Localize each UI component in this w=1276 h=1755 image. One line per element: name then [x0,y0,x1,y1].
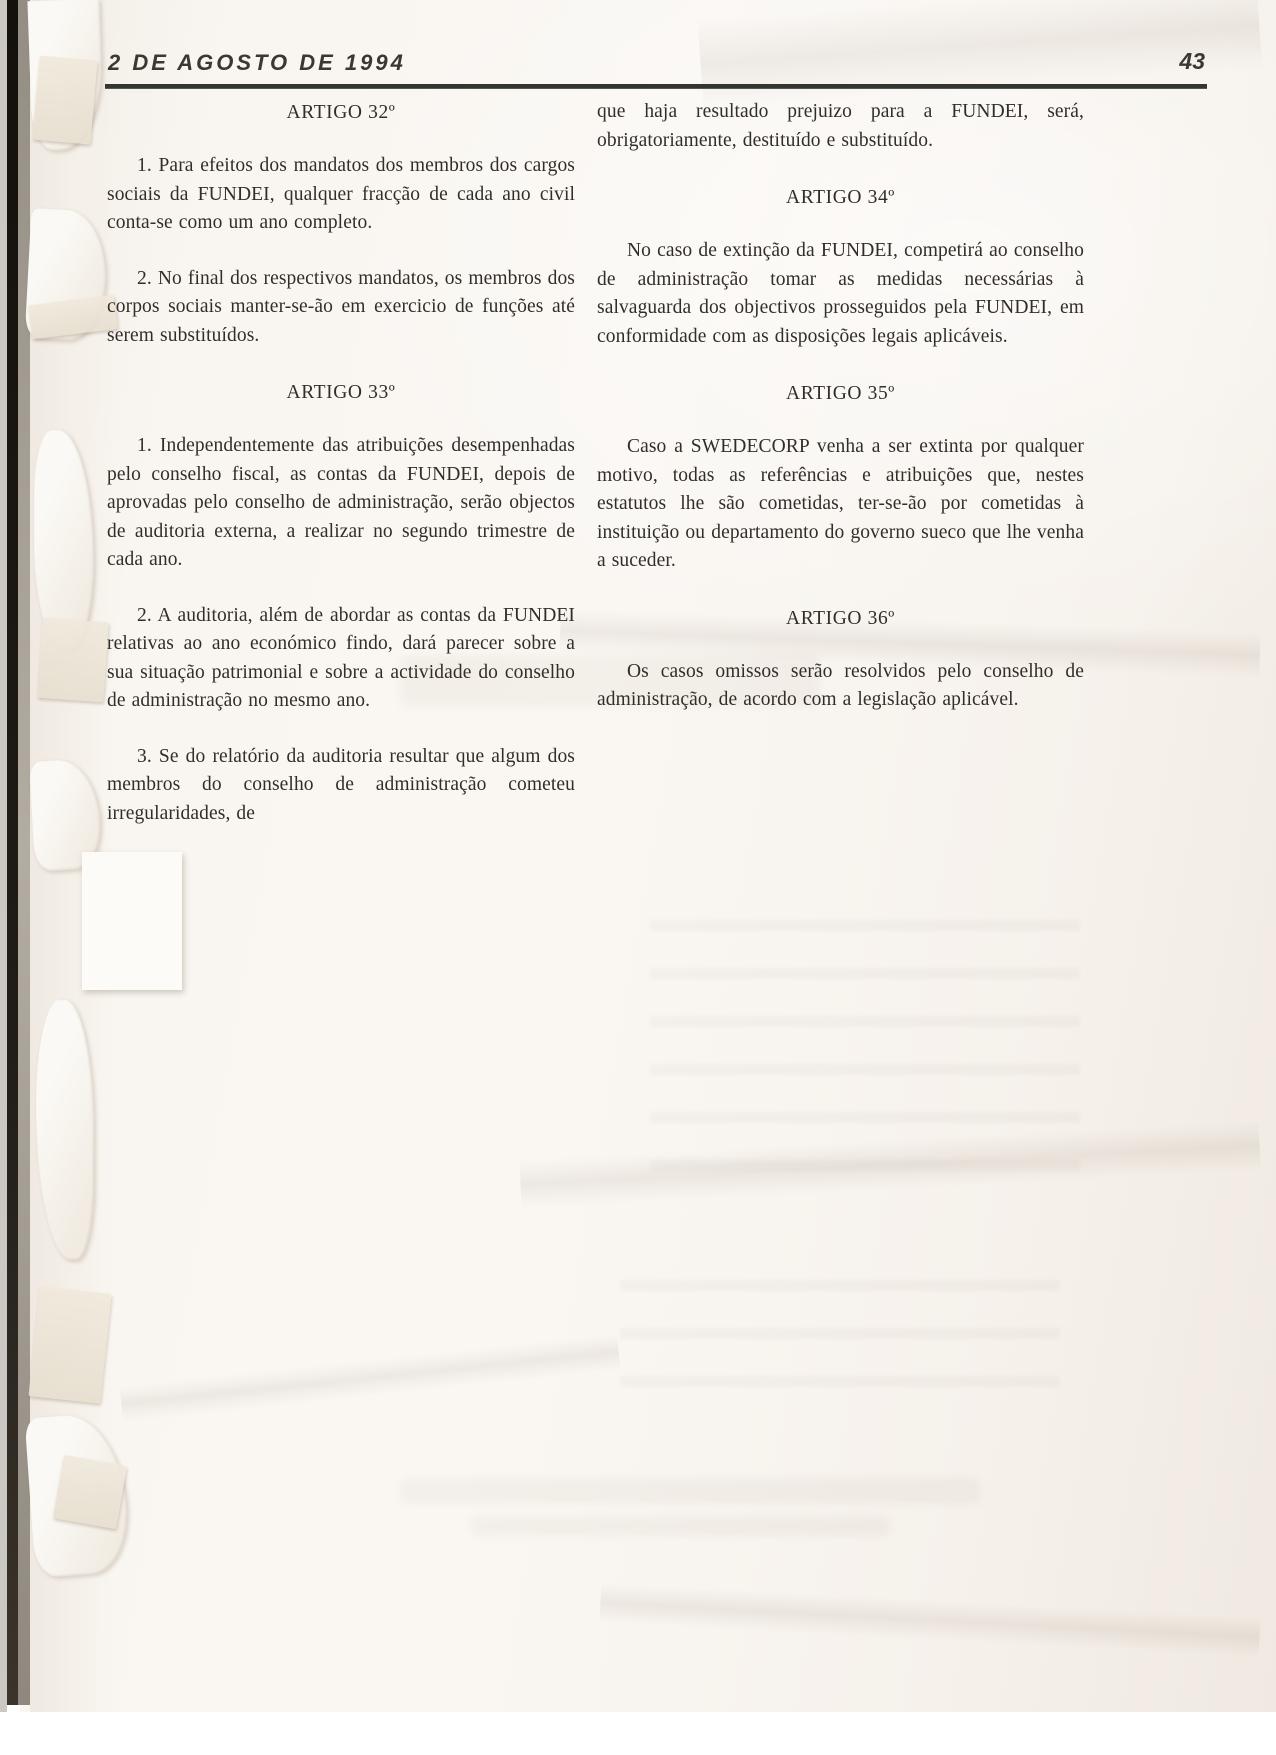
article-32-paragraph-2: 2. No final dos respectivos mandatos, os… [107,265,575,351]
article-36-paragraph: Os casos omissos serão resolvidos pelo c… [597,658,1084,715]
tape-artifact [53,1455,127,1529]
left-column: ARTIGO 32º 1. Para efeitos dos mandatos … [107,98,575,855]
article-heading-34: ARTIGO 34º [597,187,1084,209]
header-rule [105,84,1207,89]
header-date: 2 DE AGOSTO DE 1994 [108,50,406,76]
scanner-edge-strip [0,0,7,1712]
article-33-paragraph-2: 2. A auditoria, além de abordar as conta… [107,602,575,716]
right-column: que haja resultado prejuizo para a FUNDE… [597,98,1084,742]
tape-artifact [37,618,108,702]
scan-bottom-margin [0,1712,1276,1755]
article-33-paragraph-3: 3. Se do relatório da auditoria resultar… [107,743,575,829]
scanned-gazette-page: { "document": { "header": { "date": "2 D… [0,0,1276,1755]
article-34-paragraph: No caso de extinção da FUNDEI, competirá… [597,237,1084,351]
article-heading-35: ARTIGO 35º [597,383,1084,405]
article-heading-32: ARTIGO 32º [107,102,575,124]
article-35-paragraph: Caso a SWEDECORP venha a ser extinta por… [597,433,1084,576]
article-33-paragraph-3-continuation: que haja resultado prejuizo para a FUNDE… [597,98,1084,155]
article-heading-36: ARTIGO 36º [597,608,1084,630]
tape-artifact [32,56,97,145]
header-page-number: 43 [1150,48,1205,75]
binding-black-strip [7,0,18,1705]
article-33-paragraph-1: 1. Independentemente das atribuições des… [107,432,575,575]
article-heading-33: ARTIGO 33º [107,382,575,404]
tape-artifact [28,1287,111,1404]
article-32-paragraph-1: 1. Para efeitos dos mandatos dos membros… [107,152,575,238]
taped-paper-patch [82,852,182,990]
